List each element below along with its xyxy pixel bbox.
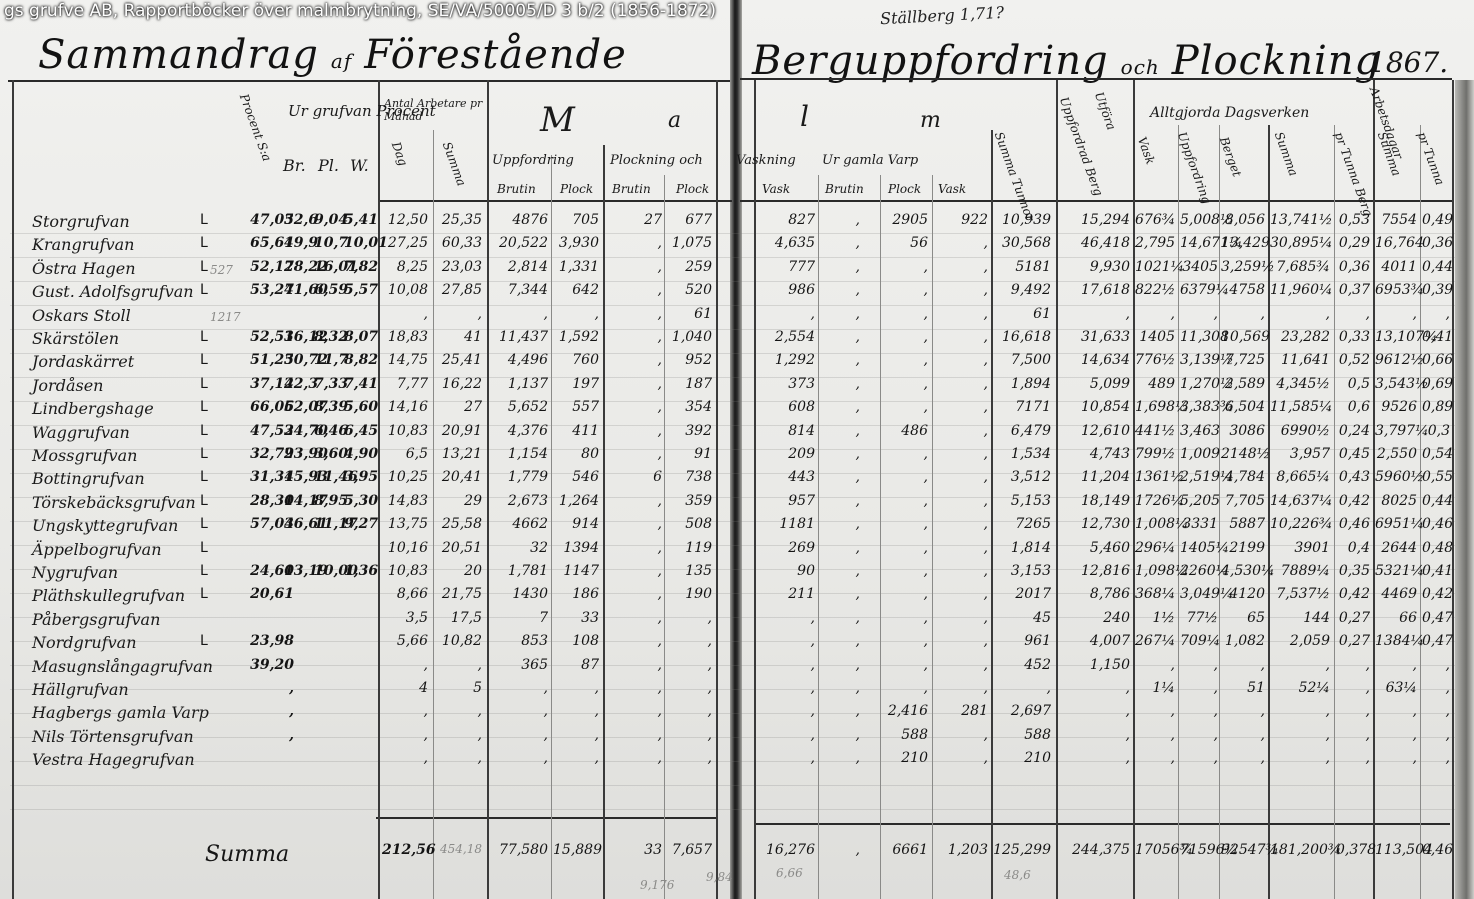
check-mark-icon: L [200,399,208,415]
cell-plo-brutin: 27 [606,212,662,228]
cell-br: 23,90 [284,446,314,462]
cell-dv-summa: 144 [1270,610,1330,626]
cell-pl: 3,60 [314,446,342,462]
col-line [378,80,380,899]
cell-dv-pr-tunna: 0,52 [1336,352,1370,368]
archive-caption: gs grufve AB, Rapportböcker över malmbry… [0,0,720,24]
check-mark-icon: L [200,446,208,462]
cell-plo-plock: , [666,633,712,649]
cell-varp-brutin: , [820,282,860,298]
cell-dv-uppf: 3,139½ [1180,352,1218,368]
cell-dv-vask: 1405 [1135,329,1175,345]
cell-plo-plock: 952 [666,352,712,368]
cell-varp-plock: , [882,282,928,298]
cell-dag: 12,50 [382,212,428,228]
cell-dag: 3,5 [382,610,428,626]
cell-varp-plock: , [882,469,928,485]
cell-dv-berg: 51 [1221,680,1265,696]
cell-w: 8,82 [344,352,374,368]
cell-sum: , [436,727,482,743]
summa-dv-vask: 17056¾ [1135,842,1175,858]
cell-dag: 10,25 [382,469,428,485]
cell-plo-plock: , [666,610,712,626]
cell-br: 28,22 [284,259,314,275]
cell-upp-brutin: 1,781 [490,563,548,579]
header-rule-right [740,78,1452,80]
mine-name: Påbergsgrufvan [32,610,160,629]
cell-pl: 8,32 [314,329,342,345]
cell-plo-brutin: , [606,727,662,743]
cell-summa-tunnor: 1,894 [993,376,1051,392]
cell-upp-plock: 186 [553,586,599,602]
cell-summa-tunnor: 45 [993,610,1051,626]
cell-upp-plock: 914 [553,516,599,532]
cell-plo-plock: 392 [666,423,712,439]
check-mark-icon: L [200,212,208,228]
summa-dv-summa: 181,200¾ [1270,842,1330,858]
cell-dv-pr-tunna: , [1336,306,1370,322]
cell-uppf-berg: , [1058,680,1130,696]
cell-plo-plock: , [666,657,712,673]
cell-upp-brutin: 1430 [490,586,548,602]
cell-dag: 5,66 [382,633,428,649]
cell-vask: 777 [757,259,815,275]
mine-name: Gust. Adolfsgrufvan [32,282,194,301]
cell-upp-brutin: 2,673 [490,493,548,509]
cell-upp-brutin: 32 [490,540,548,556]
cell-dv-summa: 7,685¾ [1270,259,1330,275]
cell-uppf-berg: 15,294 [1058,212,1130,228]
cell-upp-plock: 197 [553,376,599,392]
col-line [433,130,434,899]
cell-w: 5,60 [344,399,374,415]
cell-dv-berg: , [1221,703,1265,719]
cell-varp-vask: , [934,540,988,556]
cell-upp-brutin: 4876 [490,212,548,228]
cell-vask: , [757,750,815,766]
cell-upp-plock: 3,930 [553,235,599,251]
cell-dv-berg: 2199 [1221,540,1265,556]
cell-dv-pr-tunna: 0,35 [1336,563,1370,579]
cell-summa-tunnor: 5181 [993,259,1051,275]
check-mark-icon: L [200,516,208,532]
cell-dv-summa: 7,537½ [1270,586,1330,602]
col-line [1373,80,1375,899]
check-mark-icon: L [200,469,208,485]
cell-br: 15,93 [284,469,314,485]
cell-w: 7,41 [344,376,374,392]
cell-upp-plock: , [553,750,599,766]
header-m: m [920,108,941,133]
cell-dv-uppf: 5,205 [1180,493,1218,509]
cell-upp-plock: , [553,703,599,719]
cell-plo-plock: , [666,727,712,743]
cell-sum: , [436,703,482,719]
cell-dv-summa: 4,345½ [1270,376,1330,392]
cell-sum: , [436,657,482,673]
cell-dv-summa: 3901 [1270,540,1330,556]
cell-vask: 373 [757,376,815,392]
cell-plo-brutin: , [606,235,662,251]
cell-dv-summa: 6990½ [1270,423,1330,439]
cell-uppf-berg: 10,854 [1058,399,1130,415]
cell-s-pr: 0,44 [1422,259,1450,275]
cell-br: 34,70 [284,423,314,439]
cell-s-pr: , [1422,657,1450,673]
cell-upp-brutin: 7 [490,610,548,626]
header-vask-2: Vask [938,182,966,196]
cell-dag: 10,16 [382,540,428,556]
cell-s-pr: , [1422,703,1450,719]
summa-dv-berg: 92547¾ [1221,842,1265,858]
header-brutin-1: Brutin [497,182,536,196]
summa-upp-brutin: 77,580 [490,842,548,858]
cell-dv-summa: 30,895¼ [1270,235,1330,251]
cell-varp-plock: 2,416 [882,703,928,719]
cell-uppf-berg: 17,618 [1058,282,1130,298]
cell-upp-brutin: 1,137 [490,376,548,392]
cell-plo-plock: 354 [666,399,712,415]
cell-varp-vask: , [934,680,988,696]
cell-s-pr: 0,41 [1422,329,1450,345]
cell-plo-brutin: , [606,633,662,649]
pencil-total: 48,6 [1004,868,1031,882]
cell-dag: 8,66 [382,586,428,602]
summa-vask: 16,276 [757,842,815,858]
cell-upp-brutin: , [490,680,548,696]
cell-vask: 1,292 [757,352,815,368]
col-line [12,80,14,899]
cell-vask: 608 [757,399,815,415]
cell-varp-plock: , [882,493,928,509]
cell-s-pr: 0,66 [1422,352,1450,368]
cell-vask: 986 [757,282,815,298]
cell-dv-uppf: 11,308 [1180,329,1218,345]
cell-dv-berg: 7,705 [1221,493,1265,509]
col-line [880,175,881,899]
cell-dv-pr-tunna: 0,43 [1336,469,1370,485]
cell-uppf-berg: 18,149 [1058,493,1130,509]
margin-note: 1217 [210,310,241,324]
cell-dv-pr-tunna: 0,6 [1336,399,1370,415]
cell-summa-tunnor: 5,153 [993,493,1051,509]
mine-name: Skärstölen [32,329,119,348]
cell-uppf-berg: 5,099 [1058,376,1130,392]
summa-varp-plock: 6661 [882,842,928,858]
cell-plo-brutin: , [606,306,662,322]
cell-dv-pr-tunna: 0,33 [1336,329,1370,345]
cell-dv-summa: , [1270,727,1330,743]
cell-varp-plock: , [882,680,928,696]
cell-varp-plock: , [882,586,928,602]
cell-varp-brutin: , [820,235,860,251]
summa-varp-vask: 1,203 [934,842,988,858]
cell-s-summa: 7554 [1375,212,1417,228]
check-mark-icon: L [200,376,208,392]
col-line [1133,80,1135,899]
cell-s-summa: 63¼ [1375,680,1417,696]
cell-dv-berg: 5887 [1221,516,1265,532]
cell-summa-tunnor: , [993,680,1051,696]
cell-dv-berg: 65 [1221,610,1265,626]
cell-dv-berg: 4758 [1221,282,1265,298]
cell-br: 36,12 [284,329,314,345]
cell-plo-brutin: , [606,282,662,298]
cell-pl: 11,7 [314,352,342,368]
cell-dv-vask: 267¼ [1135,633,1175,649]
cell-s-summa: 1384¼ [1375,633,1417,649]
cell-plo-plock: 738 [666,469,712,485]
cell-plo-brutin: , [606,399,662,415]
cell-w: 4,90 [344,446,374,462]
cell-upp-brutin: 5,652 [490,399,548,415]
cell-dag: , [382,306,428,322]
cell-vask: 4,635 [757,235,815,251]
cell-vask: , [757,680,815,696]
cell-plo-plock: 119 [666,540,712,556]
cell-varp-plock: , [882,657,928,673]
cell-vask: 957 [757,493,815,509]
cell-varp-vask: 281 [934,703,988,719]
cell-sum: 5 [436,680,482,696]
cell-varp-plock: , [882,306,928,322]
cell-dv-vask: 776½ [1135,352,1175,368]
cell-w: 9,27 [344,516,374,532]
header-ur-gamla-varp: Ur gamla Varp [822,153,918,168]
cell-sum: 29 [436,493,482,509]
cell-upp-plock: 557 [553,399,599,415]
cell-plo-brutin: , [606,493,662,509]
col-line [1056,80,1058,899]
cell-dv-berg: 2148½ [1221,446,1265,462]
check-mark-icon: L [200,540,208,556]
cell-sum: 20 [436,563,482,579]
mine-name: Jordaskärret [32,352,134,371]
cell-upp-plock: 33 [553,610,599,626]
cell-w: 7,82 [344,259,374,275]
cell-varp-brutin: , [820,610,860,626]
cell-sum: 16,22 [436,376,482,392]
mine-name: Nils Törtensgrufvan [32,727,194,746]
cell-pl: 10,00 [314,563,342,579]
cell-uppf-berg: 31,633 [1058,329,1130,345]
summa-summa-tunnor: 125,299 [993,842,1051,858]
cell-dag: 6,5 [382,446,428,462]
cell-plo-brutin: , [606,329,662,345]
cell-plo-brutin: , [606,563,662,579]
cell-s-pr: 0,89 [1422,399,1450,415]
cell-s-summa: , [1375,306,1417,322]
cell-dv-summa: 13,741½ [1270,212,1330,228]
mine-name: Waggrufvan [32,423,130,442]
cell-s-pr: 0,48 [1422,540,1450,556]
cell-w: 10,01 [344,235,374,251]
cell-dv-berg: , [1221,727,1265,743]
cell-upp-brutin: 4,496 [490,352,548,368]
cell-plo-brutin: , [606,657,662,673]
summa-uppf-berg: 244,375 [1058,842,1130,858]
mine-name: Nygrufvan [32,563,118,582]
cell-summa-tunnor: 30,568 [993,235,1051,251]
cell-summa-tunnor: 61 [993,306,1051,322]
cell-dv-uppf: 3,049¼ [1180,586,1218,602]
cell-summa-tunnor: 7265 [993,516,1051,532]
cell-dv-vask: , [1135,750,1175,766]
col-line [754,80,756,899]
cell-dv-vask: 676¾ [1135,212,1175,228]
cell-varp-plock: , [882,516,928,532]
cell-dv-uppf: 5,008½ [1180,212,1218,228]
cell-dv-vask: , [1135,657,1175,673]
cell-br: 13,19 [284,563,314,579]
cell-uppf-berg: 46,418 [1058,235,1130,251]
cell-dv-pr-tunna: , [1336,727,1370,743]
cell-plo-plock: , [666,703,712,719]
cell-upp-brutin: 2,814 [490,259,548,275]
cell-dv-vask: 2,795 [1135,235,1175,251]
check-mark-icon: L [200,329,208,345]
cell-dv-vask: , [1135,306,1175,322]
col-line [664,175,665,899]
cell-dv-uppf: , [1180,727,1218,743]
cell-dv-uppf: 3331 [1180,516,1218,532]
cell-dag: 14,83 [382,493,428,509]
cell-plo-plock: , [666,750,712,766]
cell-s-summa: 4469 [1375,586,1417,602]
cell-plo-brutin: 6 [606,469,662,485]
header-w: W. [350,156,369,175]
cell-dv-summa: 2,059 [1270,633,1330,649]
mine-name: Mossgrufvan [32,446,137,465]
mine-name: Nordgrufvan [32,633,137,652]
cell-vask: 209 [757,446,815,462]
cell-upp-brutin: 1,779 [490,469,548,485]
title-left-of: af [331,49,352,73]
cell-pl: 9,04 [314,212,342,228]
cell-dv-pr-tunna: 0,37 [1336,282,1370,298]
header-rule-left [8,80,730,82]
cell-s-pr: 0,46 [1422,516,1450,532]
cell-vask: 211 [757,586,815,602]
cell-uppf-berg: 5,460 [1058,540,1130,556]
cell-summa-tunnor: 210 [993,750,1051,766]
cell-dv-berg: , [1221,306,1265,322]
cell-dv-uppf: 14,671¼ [1180,235,1218,251]
cell-s-summa: , [1375,657,1417,673]
cell-varp-brutin: , [820,680,860,696]
cell-dv-summa: , [1270,750,1330,766]
cell-pl: 8,39 [314,399,342,415]
cell-uppf-berg: , [1058,306,1130,322]
header-br: Br. [283,156,306,175]
col-line [487,80,489,899]
cell-plo-plock: 91 [666,446,712,462]
check-mark-icon: L [200,423,208,439]
cell-varp-plock: 210 [882,750,928,766]
cell-summa-tunnor: 10,939 [993,212,1051,228]
cell-sum: 41 [436,329,482,345]
cell-varp-vask: , [934,469,988,485]
header-plock-3: Plock [888,182,921,196]
cell-upp-plock: , [553,727,599,743]
mine-name: Jordåsen [32,376,103,395]
cell-w: 8,07 [344,329,374,345]
cell-br: 22,3 [284,376,314,392]
cell-upp-plock: 546 [553,469,599,485]
cell-dv-summa: 14,637¼ [1270,493,1330,509]
cell-s-pr: 0,49 [1422,212,1450,228]
cell-dv-berg: 4120 [1221,586,1265,602]
cell-uppf-berg: 11,204 [1058,469,1130,485]
cell-varp-brutin: , [820,727,860,743]
cell-pl: 10,7 [314,235,342,251]
cell-varp-brutin: , [820,586,860,602]
cell-s-pr: 0,36 [1422,235,1450,251]
title-right-and: och [1121,55,1160,79]
check-mark-icon: L [200,259,208,275]
col-line [551,155,552,899]
cell-varp-brutin: , [820,399,860,415]
cell-varp-brutin: , [820,423,860,439]
cell-varp-vask: , [934,516,988,532]
cell-summa-tunnor: 2,697 [993,703,1051,719]
header-plock-2: Plock [676,182,709,196]
pencil-total: 9,176 [640,878,674,892]
cell-dv-pr-tunna: , [1336,750,1370,766]
cell-dv-pr-tunna: 0,53 [1336,212,1370,228]
cell-dag: 7,77 [382,376,428,392]
cell-dv-pr-tunna: 0,5 [1336,376,1370,392]
cell-pl: 11,46 [314,469,342,485]
cell-s-summa: , [1375,703,1417,719]
mine-name: Storgrufvan [32,212,130,231]
cell-uppf-berg: 1,150 [1058,657,1130,673]
cell-br: 52,07 [284,399,314,415]
cell-br: 30,72 [284,352,314,368]
cell-sum: , [436,306,482,322]
cell-sum: , [436,750,482,766]
mine-name: Ungskyttegrufvan [32,516,178,535]
cell-dv-uppf: 1,009 [1180,446,1218,462]
mine-name: Östra Hagen [32,259,136,278]
cell-s-pr: , [1422,750,1450,766]
cell-dv-uppf: 709¼ [1180,633,1218,649]
cell-dag: 10,83 [382,423,428,439]
cell-summa-tunnor: 7,500 [993,352,1051,368]
cell-dv-uppf: , [1180,657,1218,673]
cell-dv-vask: 368¼ [1135,586,1175,602]
cell-summa-tunnor: 3,512 [993,469,1051,485]
cell-varp-plock: , [882,610,928,626]
cell-uppf-berg: 4,743 [1058,446,1130,462]
cell-vask: 827 [757,212,815,228]
header-plockning-och: Plockning och [610,153,703,168]
cell-plo-plock: , [666,680,712,696]
summa-rule-left [376,817,716,819]
cell-dv-vask: 489 [1135,376,1175,392]
cell-upp-plock: , [553,680,599,696]
cell-varp-brutin: , [820,469,860,485]
header-brutin-2: Brutin [612,182,651,196]
header-vaskning: Vaskning [736,153,796,168]
cell-dv-vask: 441½ [1135,423,1175,439]
cell-plo-brutin: , [606,750,662,766]
mine-name: Vestra Hagegrufvan [32,750,195,769]
cell-dv-summa: 10,226¾ [1270,516,1330,532]
cell-varp-brutin: , [820,633,860,649]
cell-dag: 14,16 [382,399,428,415]
cell-sum: 10,82 [436,633,482,649]
